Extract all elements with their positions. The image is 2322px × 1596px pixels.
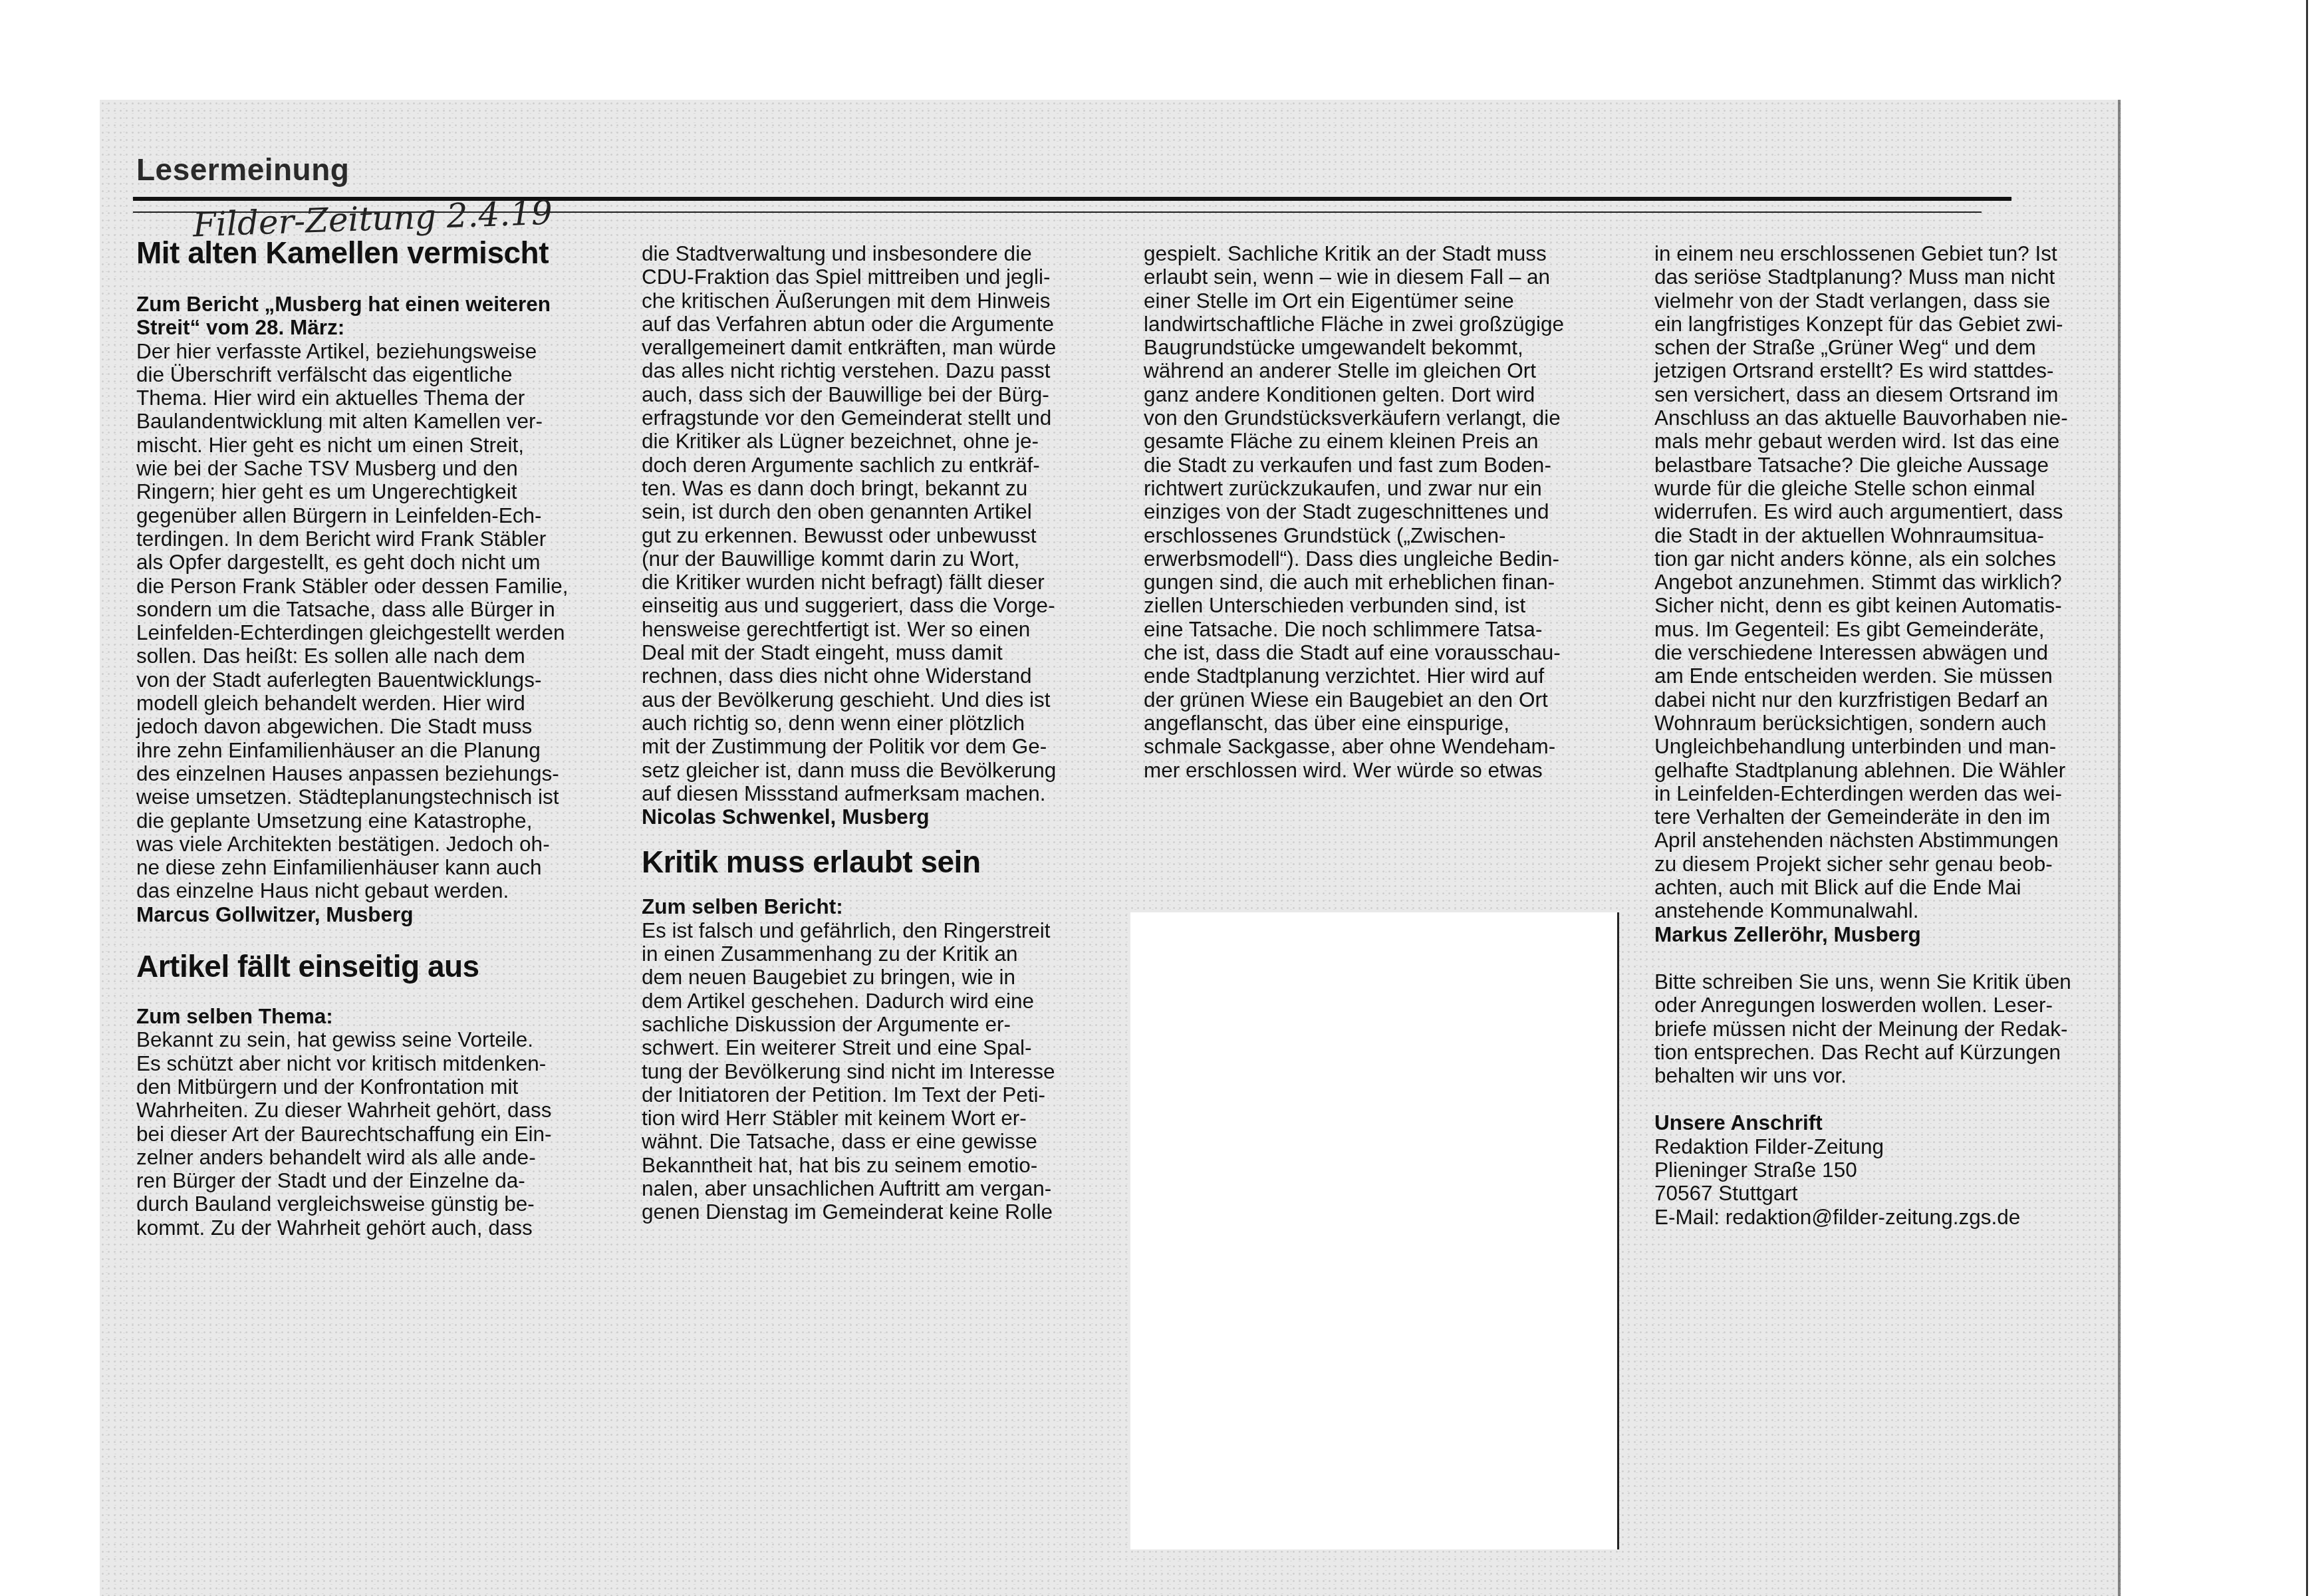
text-line: in Leinfelden-Echterdingen werden das we… xyxy=(1654,782,2140,805)
text-line: E-Mail: redaktion@filder-zeitung.zgs.de xyxy=(1654,1206,2140,1229)
text-line: sen versichert, dass an diesem Ortsrand … xyxy=(1654,383,2140,406)
text-line: den Mitbürgern und der Konfrontation mit xyxy=(136,1075,622,1099)
column-2: die Stadtverwaltung und insbesondere die… xyxy=(642,242,1127,1224)
text-line: mus. Im Gegenteil: Es gibt Gemeinderäte, xyxy=(1654,618,2140,641)
letter-2-author: Nicolas Schwenkel, Musberg xyxy=(642,805,1127,829)
text-line: wie bei der Sache TSV Musberg und den xyxy=(136,457,622,480)
text-line: sollen. Das heißt: Es sollen alle nach d… xyxy=(136,644,622,668)
text-line: angeflanscht, das über eine einspurige, xyxy=(1144,712,1629,735)
text-line: von der Stadt auferlegten Bauentwicklung… xyxy=(136,668,622,692)
text-line: die Stadtverwaltung und insbesondere die xyxy=(642,242,1127,265)
text-line: CDU-Fraktion das Spiel mittreiben und je… xyxy=(642,265,1127,289)
text-line: anstehende Kommunalwahl. xyxy=(1654,899,2140,922)
text-line: Es ist falsch und gefährlich, den Ringer… xyxy=(642,919,1127,942)
text-line: auch, dass sich der Bauwillige bei der B… xyxy=(642,383,1127,406)
text-line: mit der Zustimmung der Politik vor dem G… xyxy=(642,735,1127,758)
text-line: die Überschrift verfälscht das eigentlic… xyxy=(136,363,622,386)
text-line: das einzelne Haus nicht gebaut werden. xyxy=(136,879,622,902)
text-line: Deal mit der Stadt eingeht, muss damit xyxy=(642,641,1127,664)
text-line: ganz andere Konditionen gelten. Dort wir… xyxy=(1144,383,1629,406)
text-line: in einen Zusammenhang zu der Kritik an xyxy=(642,942,1127,966)
text-line: die Kritiker wurden nicht befragt) fällt… xyxy=(642,571,1127,594)
text-line: der grünen Wiese ein Baugebiet an den Or… xyxy=(1144,688,1629,712)
letter-1-body: Der hier verfasste Artikel, beziehungswe… xyxy=(136,340,622,903)
text-line: genen Dienstag im Gemeinderat keine Roll… xyxy=(642,1200,1127,1224)
text-line: che kritischen Äußerungen mit dem Hinwei… xyxy=(642,289,1127,313)
text-line: landwirtschaftliche Fläche in zwei großz… xyxy=(1144,313,1629,336)
text-line: der Initiatoren der Petition. Im Text de… xyxy=(642,1083,1127,1107)
text-line: ende Stadtplanung verzichtet. Hier wird … xyxy=(1144,664,1629,688)
text-line: Bekanntheit hat, hat bis zu seinem emoti… xyxy=(642,1154,1127,1177)
text-line: April anstehenden nächsten Abstimmungen xyxy=(1654,829,2140,852)
text-line: dabei nicht nur den kurzfristigen Bedarf… xyxy=(1654,688,2140,712)
text-line: widerrufen. Es wird auch argumentiert, d… xyxy=(1654,500,2140,523)
text-line: gungen sind, die auch mit erheblichen fi… xyxy=(1144,571,1629,594)
text-line: die Kritiker als Lügner bezeichnet, ohne… xyxy=(642,430,1127,453)
text-line: zu diesem Projekt sicher sehr genau beob… xyxy=(1654,853,2140,876)
text-line: Wahrheiten. Zu dieser Wahrheit gehört, d… xyxy=(136,1099,622,1122)
text-line: wähnt. Die Tatsache, dass er eine gewiss… xyxy=(642,1130,1127,1153)
text-line: terdingen. In dem Bericht wird Frank Stä… xyxy=(136,527,622,551)
text-line: Angebot anzunehmen. Stimmt das wirklich? xyxy=(1654,571,2140,594)
text-line: erlaubt sein, wenn – wie in diesem Fall … xyxy=(1144,265,1629,289)
text-line: setz gleicher ist, dann muss die Bevölke… xyxy=(642,759,1127,782)
text-line: ziellen Unterschieden verbunden sind, is… xyxy=(1144,594,1629,617)
text-line: eine Tatsache. Die noch schlimmere Tatsa… xyxy=(1144,618,1629,641)
text-line: sein, ist durch den oben genannten Artik… xyxy=(642,500,1127,523)
text-line: weise umsetzen. Städteplanungstechnisch … xyxy=(136,785,622,809)
text-line: Baulandentwicklung mit alten Kamellen ve… xyxy=(136,410,622,433)
text-line: ren Bürger der Stadt und der Einzelne da… xyxy=(136,1169,622,1192)
text-line: die verschiedene Interessen abwägen und xyxy=(1654,641,2140,664)
text-line: aus der Bevölkerung geschieht. Und dies … xyxy=(642,688,1127,712)
letter-3-headline: Kritik muss erlaubt sein xyxy=(642,843,1127,880)
text-line: mals mehr gebaut werden wird. Ist das ei… xyxy=(1654,430,2140,453)
text-line: durch Bauland vergleichsweise günstig be… xyxy=(136,1192,622,1216)
letter-3-intro: Zum selben Bericht: xyxy=(642,895,1127,918)
text-line: dem neuen Baugebiet zu bringen, wie in xyxy=(642,966,1127,989)
text-line: die Person Frank Stäbler oder dessen Fam… xyxy=(136,575,622,598)
text-line: tion entsprechen. Das Recht auf Kürzunge… xyxy=(1654,1041,2140,1064)
text-line: die Stadt in der aktuellen Wohnraumsitua… xyxy=(1654,524,2140,547)
text-line: Baugrundstücke umgewandelt bekommt, xyxy=(1144,336,1629,359)
blank-covered-area xyxy=(1130,912,1619,1549)
text-line: Bitte schreiben Sie uns, wenn Sie Kritik… xyxy=(1654,970,2140,994)
text-line: gelhafte Stadtplanung ablehnen. Die Wähl… xyxy=(1654,759,2140,782)
editorial-notice: Bitte schreiben Sie uns, wenn Sie Kritik… xyxy=(1654,970,2140,1087)
text-line: in einem neu erschlossenen Gebiet tun? I… xyxy=(1654,242,2140,265)
text-line: behalten wir uns vor. xyxy=(1654,1064,2140,1087)
text-line: erwerbsmodell“). Dass dies ungleiche Bed… xyxy=(1144,547,1629,571)
text-line: das alles nicht richtig verstehen. Dazu … xyxy=(642,359,1127,382)
text-line: auf diesen Missstand aufmerksam machen. xyxy=(642,782,1127,805)
letter-2-headline: Artikel fällt einseitig aus xyxy=(136,948,622,985)
text-line: sachliche Diskussion der Argumente er- xyxy=(642,1013,1127,1036)
text-line: tion wird Herr Stäbler mit keinem Wort e… xyxy=(642,1107,1127,1130)
text-line: mer erschlossen wird. Wer würde so etwas xyxy=(1144,759,1629,782)
text-line: belastbare Tatsache? Die gleiche Aussage xyxy=(1654,454,2140,477)
text-line: erschlossenes Grundstück („Zwischen- xyxy=(1144,524,1629,547)
text-line: am Ende entscheiden werden. Sie müssen xyxy=(1654,664,2140,688)
text-line: doch deren Argumente sachlich zu entkräf… xyxy=(642,454,1127,477)
text-line: des einzelnen Hauses anpassen beziehungs… xyxy=(136,762,622,785)
scan-border-line xyxy=(2306,0,2308,1596)
text-line: einziges von der Stadt zugeschnittenes u… xyxy=(1144,500,1629,523)
text-line: Es schützt aber nicht vor kritisch mitde… xyxy=(136,1052,622,1075)
text-line: die Stadt zu verkaufen und fast zum Bode… xyxy=(1144,454,1629,477)
text-line: Leinfelden-Echterdingen gleichgestellt w… xyxy=(136,621,622,644)
text-line: jedoch davon abgewichen. Die Stadt muss xyxy=(136,715,622,738)
letter-1-intro: Zum Bericht „Musberg hat einen weiteren xyxy=(136,293,622,316)
text-line: gegenüber allen Bürgern in Leinfelden-Ec… xyxy=(136,504,622,527)
editorial-address: Redaktion Filder-ZeitungPlieninger Straß… xyxy=(1654,1135,2140,1229)
text-line: schwert. Ein weiterer Streit und eine Sp… xyxy=(642,1036,1127,1059)
column-3: gespielt. Sachliche Kritik an der Stadt … xyxy=(1144,242,1629,782)
text-line: Redaktion Filder-Zeitung xyxy=(1654,1135,2140,1158)
text-line: Ungleichbehandlung unterbinden und man- xyxy=(1654,735,2140,758)
text-line: (nur der Bauwillige kommt darin zu Wort, xyxy=(642,547,1127,571)
text-line: sondern um die Tatsache, dass alle Bürge… xyxy=(136,598,622,621)
text-line: kommt. Zu der Wahrheit gehört auch, dass xyxy=(136,1216,622,1240)
letter-2-intro: Zum selben Thema: xyxy=(136,1005,622,1028)
text-line: vielmehr von der Stadt verlangen, dass s… xyxy=(1654,289,2140,313)
text-line: schmale Sackgasse, aber ohne Wendeham- xyxy=(1144,735,1629,758)
text-line: hensweise gerechtfertigt ist. Wer so ein… xyxy=(642,618,1127,641)
text-line: auch richtig so, denn wenn einer plötzli… xyxy=(642,712,1127,735)
text-line: ne diese zehn Einfamilienhäuser kann auc… xyxy=(136,856,622,879)
letter-3-author: Markus Zelleröhr, Musberg xyxy=(1654,923,2140,946)
text-line: tion gar nicht anders könne, als ein sol… xyxy=(1654,547,2140,571)
text-line: Wohnraum berücksichtigen, sondern auch xyxy=(1654,712,2140,735)
text-line: verallgemeinert damit entkräften, man wü… xyxy=(642,336,1127,359)
address-title: Unsere Anschrift xyxy=(1654,1111,2140,1134)
text-line: richtwert zurückzukaufen, und zwar nur e… xyxy=(1144,477,1629,500)
letter-1-author: Marcus Gollwitzer, Musberg xyxy=(136,903,622,926)
text-line: Anschluss an das aktuelle Bauvorhaben ni… xyxy=(1654,406,2140,430)
text-line: von den Grundstücksverkäufern verlangt, … xyxy=(1144,406,1629,430)
letter-2-body: Bekannt zu sein, hat gewiss seine Vortei… xyxy=(136,1028,622,1240)
text-line: einseitig aus und suggeriert, dass die V… xyxy=(642,594,1127,617)
text-line: das seriöse Stadtplanung? Muss man nicht xyxy=(1654,265,2140,289)
text-line: was viele Architekten bestätigen. Jedoch… xyxy=(136,833,622,856)
text-line: 70567 Stuttgart xyxy=(1654,1182,2140,1205)
text-line: briefe müssen nicht der Meinung der Reda… xyxy=(1654,1017,2140,1041)
text-line: tung der Bevölkerung sind nicht im Inter… xyxy=(642,1060,1127,1083)
text-line: die geplante Umsetzung eine Katastrophe, xyxy=(136,809,622,833)
text-line: jetzigen Ortsrand erstellt? Es wird stat… xyxy=(1654,359,2140,382)
text-line: tere Verhalten der Gemeinderäte in den i… xyxy=(1654,805,2140,829)
text-line: wurde für die gleiche Stelle schon einma… xyxy=(1654,477,2140,500)
text-line: Sicher nicht, denn es gibt keinen Automa… xyxy=(1654,594,2140,617)
text-line: Der hier verfasste Artikel, beziehungswe… xyxy=(136,340,622,363)
text-line: rechnen, dass dies nicht ohne Widerstand xyxy=(642,664,1127,688)
letter-3-body-continued-a: gespielt. Sachliche Kritik an der Stadt … xyxy=(1144,242,1629,782)
text-line: ein langfristiges Konzept für das Gebiet… xyxy=(1654,313,2140,336)
letter-3-body: Es ist falsch und gefährlich, den Ringer… xyxy=(642,919,1127,1224)
letter-1-intro: Streit“ vom 28. März: xyxy=(136,316,622,339)
text-line: erfragstunde vor den Gemeinderat stellt … xyxy=(642,406,1127,430)
letter-2-body-continued: die Stadtverwaltung und insbesondere die… xyxy=(642,242,1127,805)
text-line: Thema. Hier wird ein aktuelles Thema der xyxy=(136,386,622,410)
text-line: während an anderer Stelle im gleichen Or… xyxy=(1144,359,1629,382)
text-line: Plieninger Straße 150 xyxy=(1654,1158,2140,1182)
text-line: Bekannt zu sein, hat gewiss seine Vortei… xyxy=(136,1028,622,1051)
text-line: oder Anregungen loswerden wollen. Leser- xyxy=(1654,994,2140,1017)
text-line: achten, auch mit Blick auf die Ende Mai xyxy=(1654,876,2140,899)
text-line: schen der Straße „Grüner Weg“ und dem xyxy=(1654,336,2140,359)
section-title: Lesermeinung xyxy=(136,152,349,188)
text-line: che ist, dass die Stadt auf eine vorauss… xyxy=(1144,641,1629,664)
text-line: ten. Was es dann doch bringt, bekannt zu xyxy=(642,477,1127,500)
text-line: ihre zehn Einfamilienhäuser an die Planu… xyxy=(136,739,622,762)
text-line: dem Artikel geschehen. Dadurch wird eine xyxy=(642,990,1127,1013)
text-line: mischt. Hier geht es nicht um einen Stre… xyxy=(136,434,622,457)
letter-1-headline: Mit alten Kamellen vermischt xyxy=(136,234,622,271)
column-1: Mit alten Kamellen vermischt Zum Bericht… xyxy=(136,234,622,1240)
text-line: gesamte Fläche zu einem kleinen Preis an xyxy=(1144,430,1629,453)
column-4: in einem neu erschlossenen Gebiet tun? I… xyxy=(1654,242,2140,1229)
text-line: zelner anders behandelt wird als alle an… xyxy=(136,1146,622,1169)
text-line: nalen, aber unsachlichen Auftritt am ver… xyxy=(642,1177,1127,1200)
text-line: gut zu erkennen. Bewusst oder unbewusst xyxy=(642,524,1127,547)
text-line: gespielt. Sachliche Kritik an der Stadt … xyxy=(1144,242,1629,265)
text-line: einer Stelle im Ort ein Eigentümer seine xyxy=(1144,289,1629,313)
letter-3-body-continued-b: in einem neu erschlossenen Gebiet tun? I… xyxy=(1654,242,2140,923)
text-line: auf das Verfahren abtun oder die Argumen… xyxy=(642,313,1127,336)
text-line: bei dieser Art der Baurechtschaffung ein… xyxy=(136,1123,622,1146)
text-line: als Opfer dargestellt, es geht doch nich… xyxy=(136,551,622,574)
text-line: modell gleich behandelt werden. Hier wir… xyxy=(136,692,622,715)
text-line: Ringern; hier geht es um Ungerechtigkeit xyxy=(136,480,622,503)
